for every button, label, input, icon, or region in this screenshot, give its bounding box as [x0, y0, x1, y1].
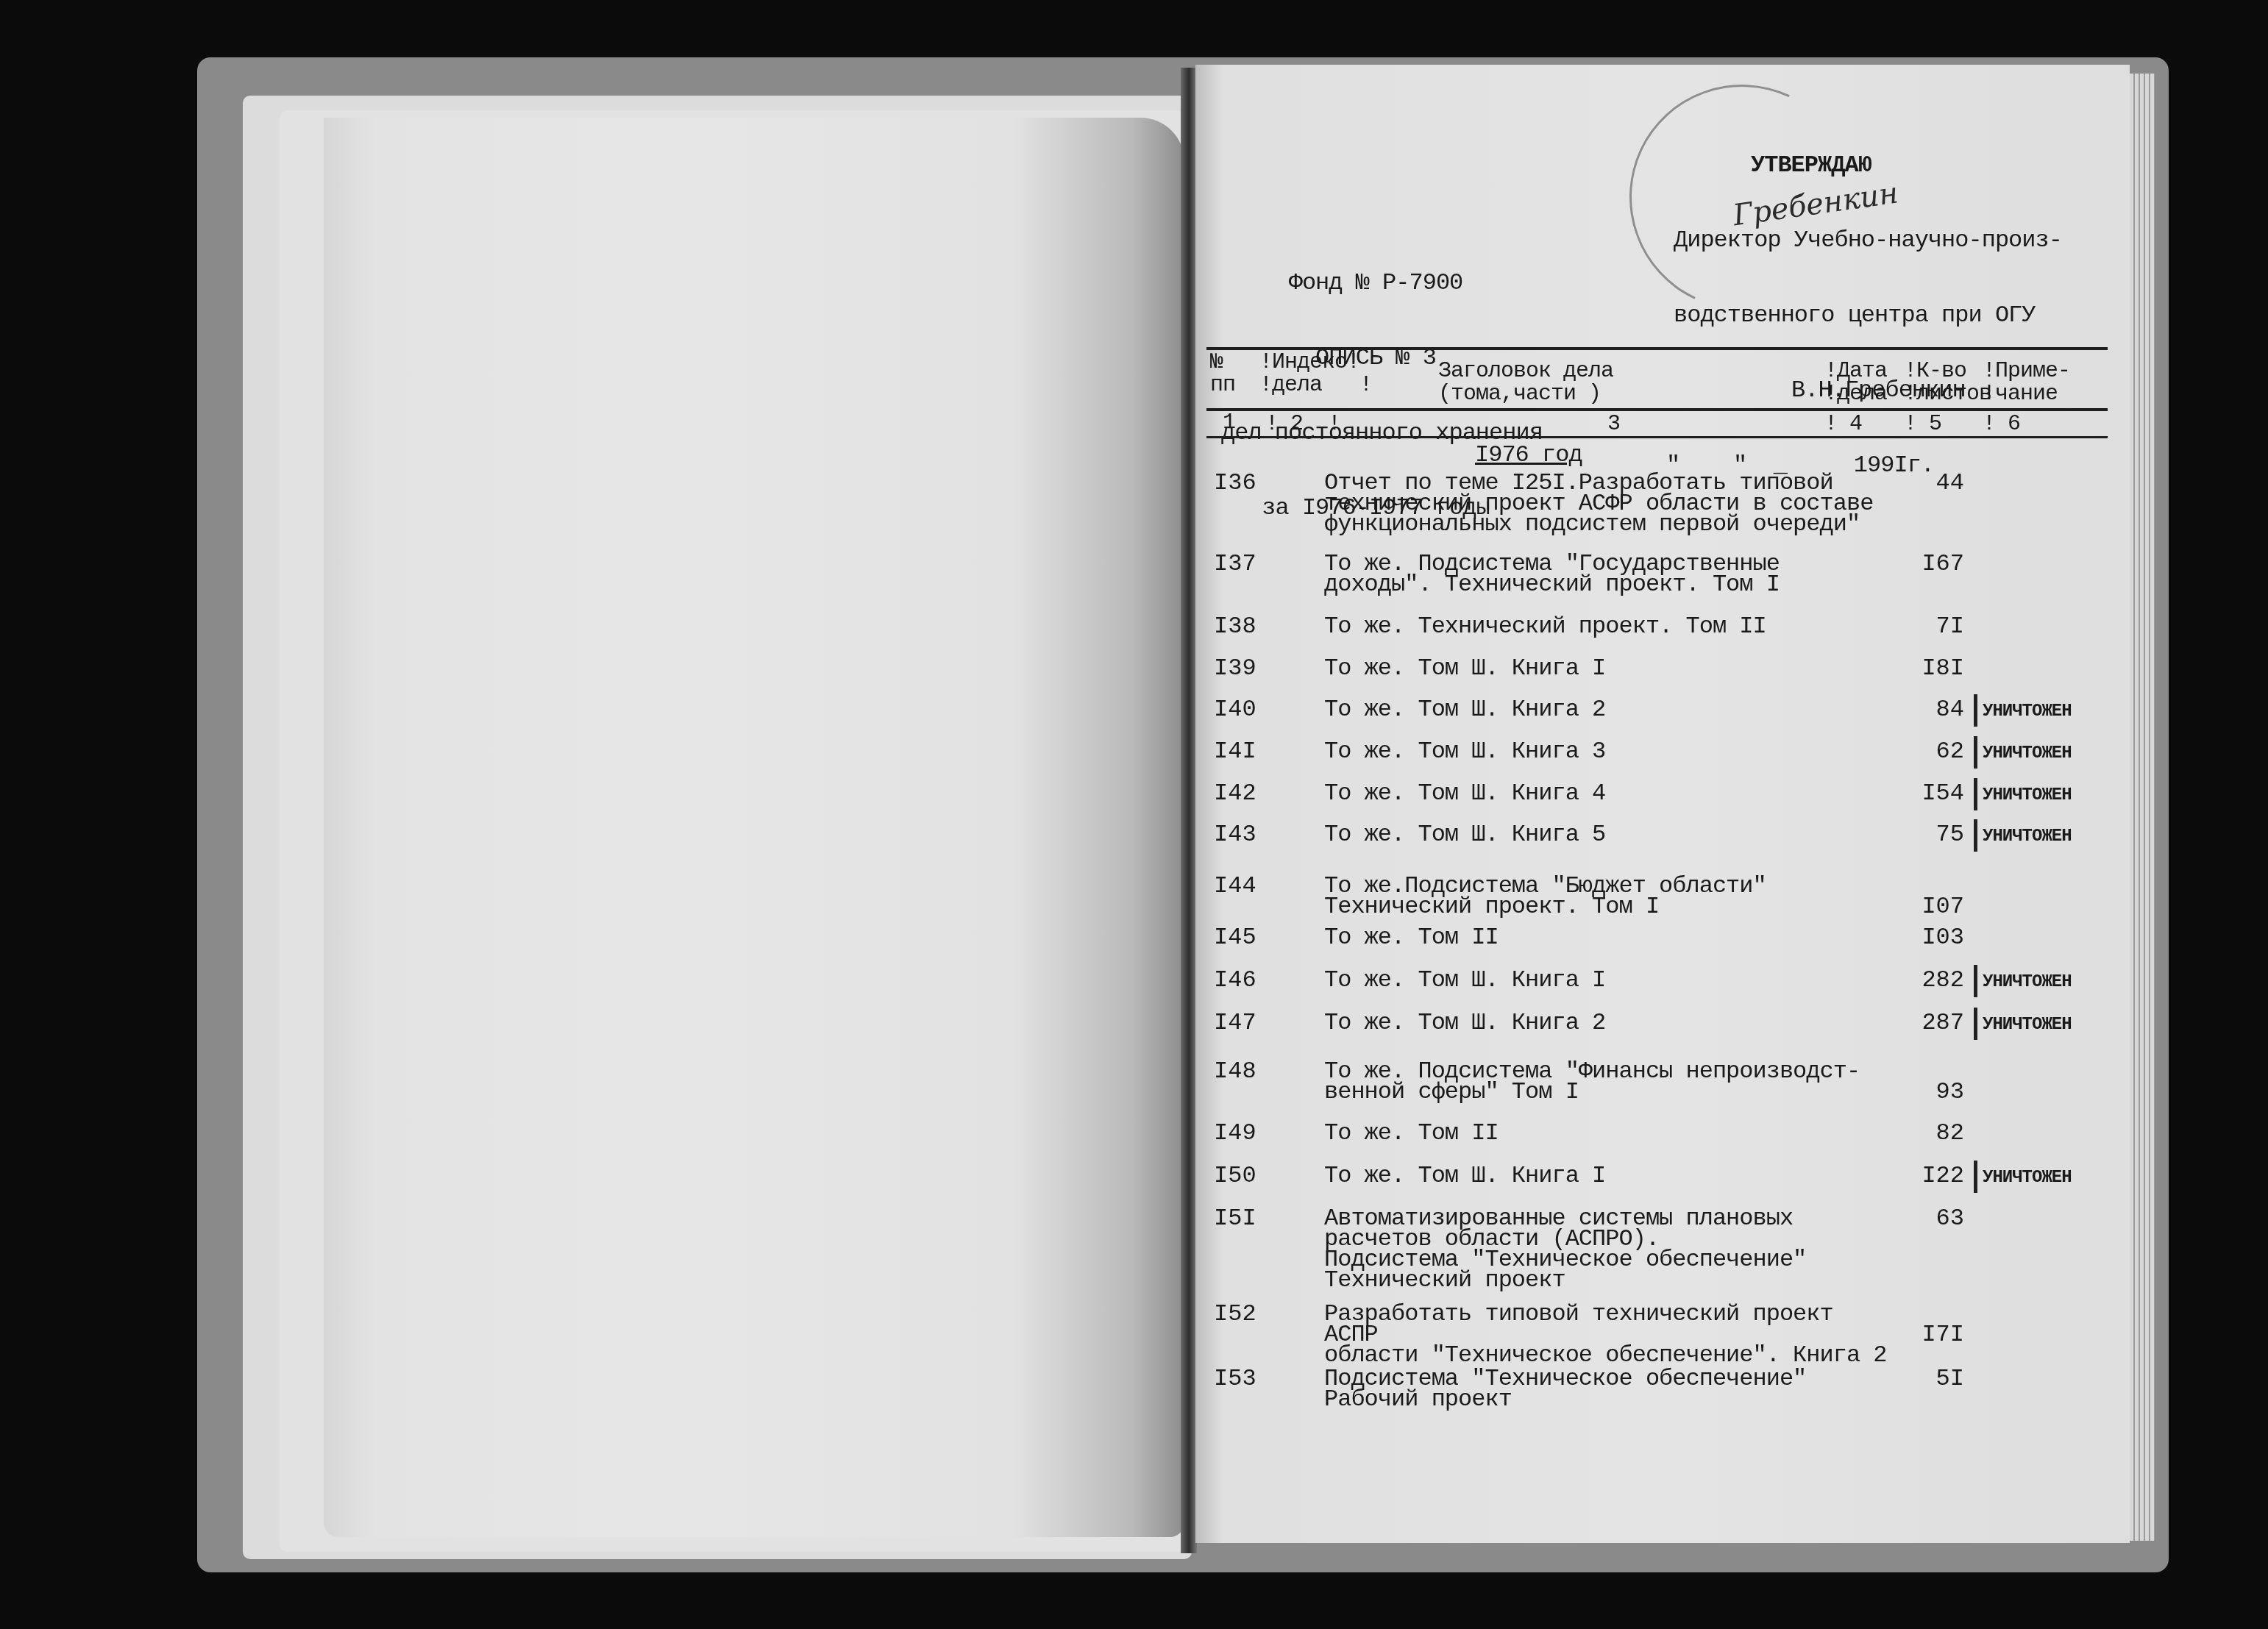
destroyed-stamp: УНИЧТОЖЕН: [1983, 972, 2122, 992]
row-title: То же. Том Ш. Книга 5: [1324, 824, 1898, 845]
row-sheet-count: 82: [1883, 1121, 1964, 1146]
table-rule-bottom: [1206, 436, 2108, 438]
row-sheet-count: 84: [1883, 697, 1964, 722]
approval-heading: УТВЕРЖДАЮ: [1751, 153, 2062, 178]
row-sheet-count: 62: [1883, 739, 1964, 764]
row-title: Разработать типовой технический проект А…: [1324, 1304, 1898, 1366]
colnum-4: ! 4: [1824, 413, 1862, 436]
header-index: !Индекс! !дела !: [1259, 352, 1372, 397]
row-number: I40: [1214, 697, 1256, 722]
row-title: То же. Том II: [1324, 1123, 1898, 1144]
row-number: I48: [1214, 1059, 1256, 1084]
destroyed-stamp: УНИЧТОЖЕН: [1983, 785, 2122, 805]
destroyed-stamp: УНИЧТОЖЕН: [1983, 827, 2122, 846]
row-sheet-count: I03: [1883, 925, 1964, 950]
colnum-6: ! 6: [1983, 413, 2020, 436]
row-number: I45: [1214, 925, 1256, 950]
row-title: Отчет по теме I25I.Разработать типовой т…: [1324, 473, 1898, 535]
row-title: То же. Подсистема "Государственные доход…: [1324, 554, 1898, 595]
page-edges: [2130, 74, 2155, 1541]
strike-mark-icon: [1974, 1008, 1977, 1040]
strike-mark-icon: [1974, 819, 1977, 852]
row-sheet-count: 44: [1883, 471, 1964, 496]
strike-mark-icon: [1974, 1161, 1977, 1193]
row-sheet-count: 287: [1883, 1010, 1964, 1035]
header-title: Заголовок дела (тома,части ): [1438, 360, 1613, 406]
row-number: I49: [1214, 1121, 1256, 1146]
row-number: I39: [1214, 656, 1256, 681]
colnum-5: ! 5: [1904, 413, 1941, 436]
row-title: То же. Том Ш. Книга 4: [1324, 783, 1898, 804]
row-title: Подсистема "Техническое обеспечение" Раб…: [1324, 1369, 1898, 1410]
row-title: То же.Подсистема "Бюджет области" Технич…: [1324, 876, 1898, 917]
row-sheet-count: 63: [1883, 1206, 1964, 1231]
table-rule-mid: [1206, 408, 2108, 411]
row-sheet-count: I67: [1883, 552, 1964, 577]
row-title: То же. Подсистема "Финансы непроизводст-…: [1324, 1061, 1898, 1102]
row-sheet-count: I54: [1883, 781, 1964, 806]
year-heading: I976 год: [1475, 443, 1582, 468]
row-number: I5I: [1214, 1206, 1256, 1231]
header-notes: !Приме- !чание: [1983, 360, 2070, 406]
header-number: № пп: [1210, 352, 1235, 397]
fond-number: Фонд № Р-7900: [1221, 271, 1530, 296]
row-title: То же. Том Ш. Книга I: [1324, 970, 1898, 991]
row-number: I37: [1214, 552, 1256, 577]
destroyed-stamp: УНИЧТОЖЕН: [1983, 744, 2122, 763]
header-date: !Дата !дела: [1824, 360, 1887, 406]
row-title: То же. Технический проект. Том II: [1324, 616, 1898, 637]
destroyed-stamp: УНИЧТОЖЕН: [1983, 702, 2122, 721]
book-spine: [1181, 68, 1197, 1553]
row-number: I38: [1214, 614, 1256, 639]
row-title: То же. Том II: [1324, 927, 1898, 948]
colnum-1: 1: [1223, 412, 1235, 435]
row-sheet-count: I7I: [1883, 1322, 1964, 1347]
left-page-blank: [324, 118, 1184, 1537]
row-number: I43: [1214, 822, 1256, 847]
row-title: Автоматизированные системы плановых расч…: [1324, 1208, 1898, 1291]
row-number: I46: [1214, 968, 1256, 993]
row-sheet-count: 75: [1883, 822, 1964, 847]
row-title: То же. Том Ш. Книга 3: [1324, 741, 1898, 762]
row-number: I36: [1214, 471, 1256, 496]
destroyed-stamp: УНИЧТОЖЕН: [1983, 1015, 2122, 1035]
row-sheet-count: 5I: [1883, 1366, 1964, 1391]
row-number: I42: [1214, 781, 1256, 806]
colnum-2: ! 2 !: [1265, 413, 1340, 436]
strike-mark-icon: [1974, 694, 1977, 727]
row-sheet-count: I22: [1883, 1163, 1964, 1188]
row-number: I44: [1214, 874, 1256, 899]
row-title: То же. Том Ш. Книга 2: [1324, 1013, 1898, 1033]
destroyed-stamp: УНИЧТОЖЕН: [1983, 1168, 2122, 1188]
row-sheet-count: I07: [1883, 894, 1964, 919]
strike-mark-icon: [1974, 965, 1977, 997]
row-number: I4I: [1214, 739, 1256, 764]
row-sheet-count: I8I: [1883, 656, 1964, 681]
approval-line-2: водственного центра при ОГУ: [1674, 303, 2062, 328]
row-number: I53: [1214, 1366, 1256, 1391]
row-title: То же. Том Ш. Книга I: [1324, 658, 1898, 679]
row-sheet-count: 93: [1883, 1080, 1964, 1105]
row-number: I52: [1214, 1302, 1256, 1327]
row-number: I47: [1214, 1010, 1256, 1035]
row-title: То же. Том Ш. Книга I: [1324, 1166, 1898, 1186]
strike-mark-icon: [1974, 778, 1977, 810]
approval-block: УТВЕРЖДАЮ Директор Учебно-научно-произ- …: [1674, 103, 2062, 503]
row-sheet-count: 7I: [1883, 614, 1964, 639]
approval-line-1: Директор Учебно-научно-произ-: [1674, 228, 2062, 253]
row-sheet-count: 282: [1883, 968, 1964, 993]
header-sheets: !К-во !листов: [1904, 360, 1991, 406]
row-title: То же. Том Ш. Книга 2: [1324, 699, 1898, 720]
row-number: I50: [1214, 1163, 1256, 1188]
colnum-3: 3: [1607, 413, 1620, 436]
strike-mark-icon: [1974, 736, 1977, 769]
